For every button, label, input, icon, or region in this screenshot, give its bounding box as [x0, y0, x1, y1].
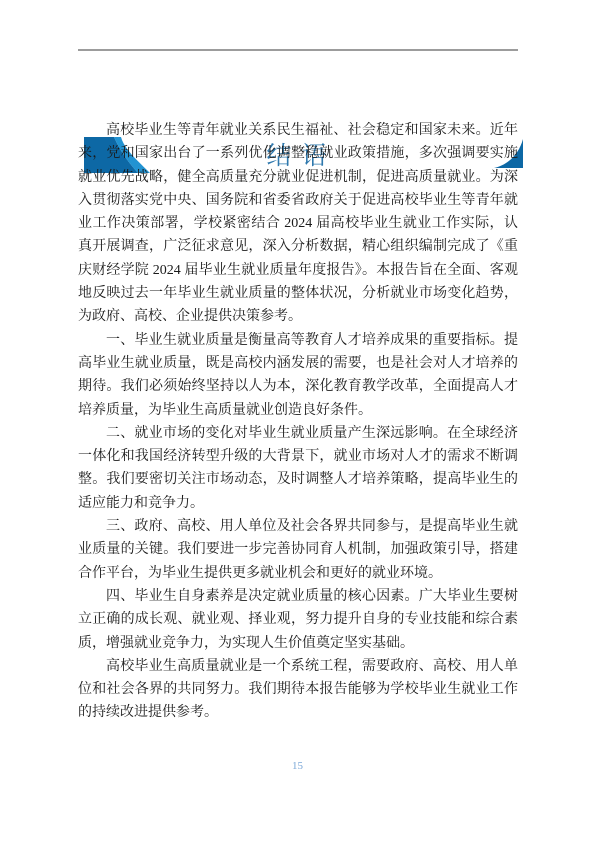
page-number: 15	[0, 760, 595, 772]
paragraph: 三、政府、高校、用人单位及社会各界共同参与，是提高毕业生就业质量的关键。我们要进…	[78, 515, 518, 585]
section-header: 结 语	[0, 66, 595, 112]
paragraph: 高校毕业生高质量就业是一个系统工程，需要政府、高校、用人单位和社会各界的共同努力…	[78, 655, 518, 725]
paragraph: 四、毕业生自身素养是决定就业质量的核心因素。广大毕业生要树立正确的成长观、就业观…	[78, 585, 518, 655]
header-rule	[78, 49, 518, 51]
paragraph: 一、毕业生就业质量是衡量高等教育人才培养成果的重要指标。提高毕业生就业质量，既是…	[78, 329, 518, 422]
body-text: 高校毕业生等青年就业关系民生福祉、社会稳定和国家未来。近年来，党和国家出台了一系…	[78, 119, 518, 725]
paragraph: 高校毕业生等青年就业关系民生福祉、社会稳定和国家未来。近年来，党和国家出台了一系…	[78, 119, 518, 329]
document-page: 结 语 高校毕业生等青年就业关系民生福祉、社会稳定和国家未来。近年来，党和国家出…	[0, 0, 595, 842]
paragraph: 二、就业市场的变化对毕业生就业质量产生深远影响。在全球经济一体化和我国经济转型升…	[78, 422, 518, 515]
